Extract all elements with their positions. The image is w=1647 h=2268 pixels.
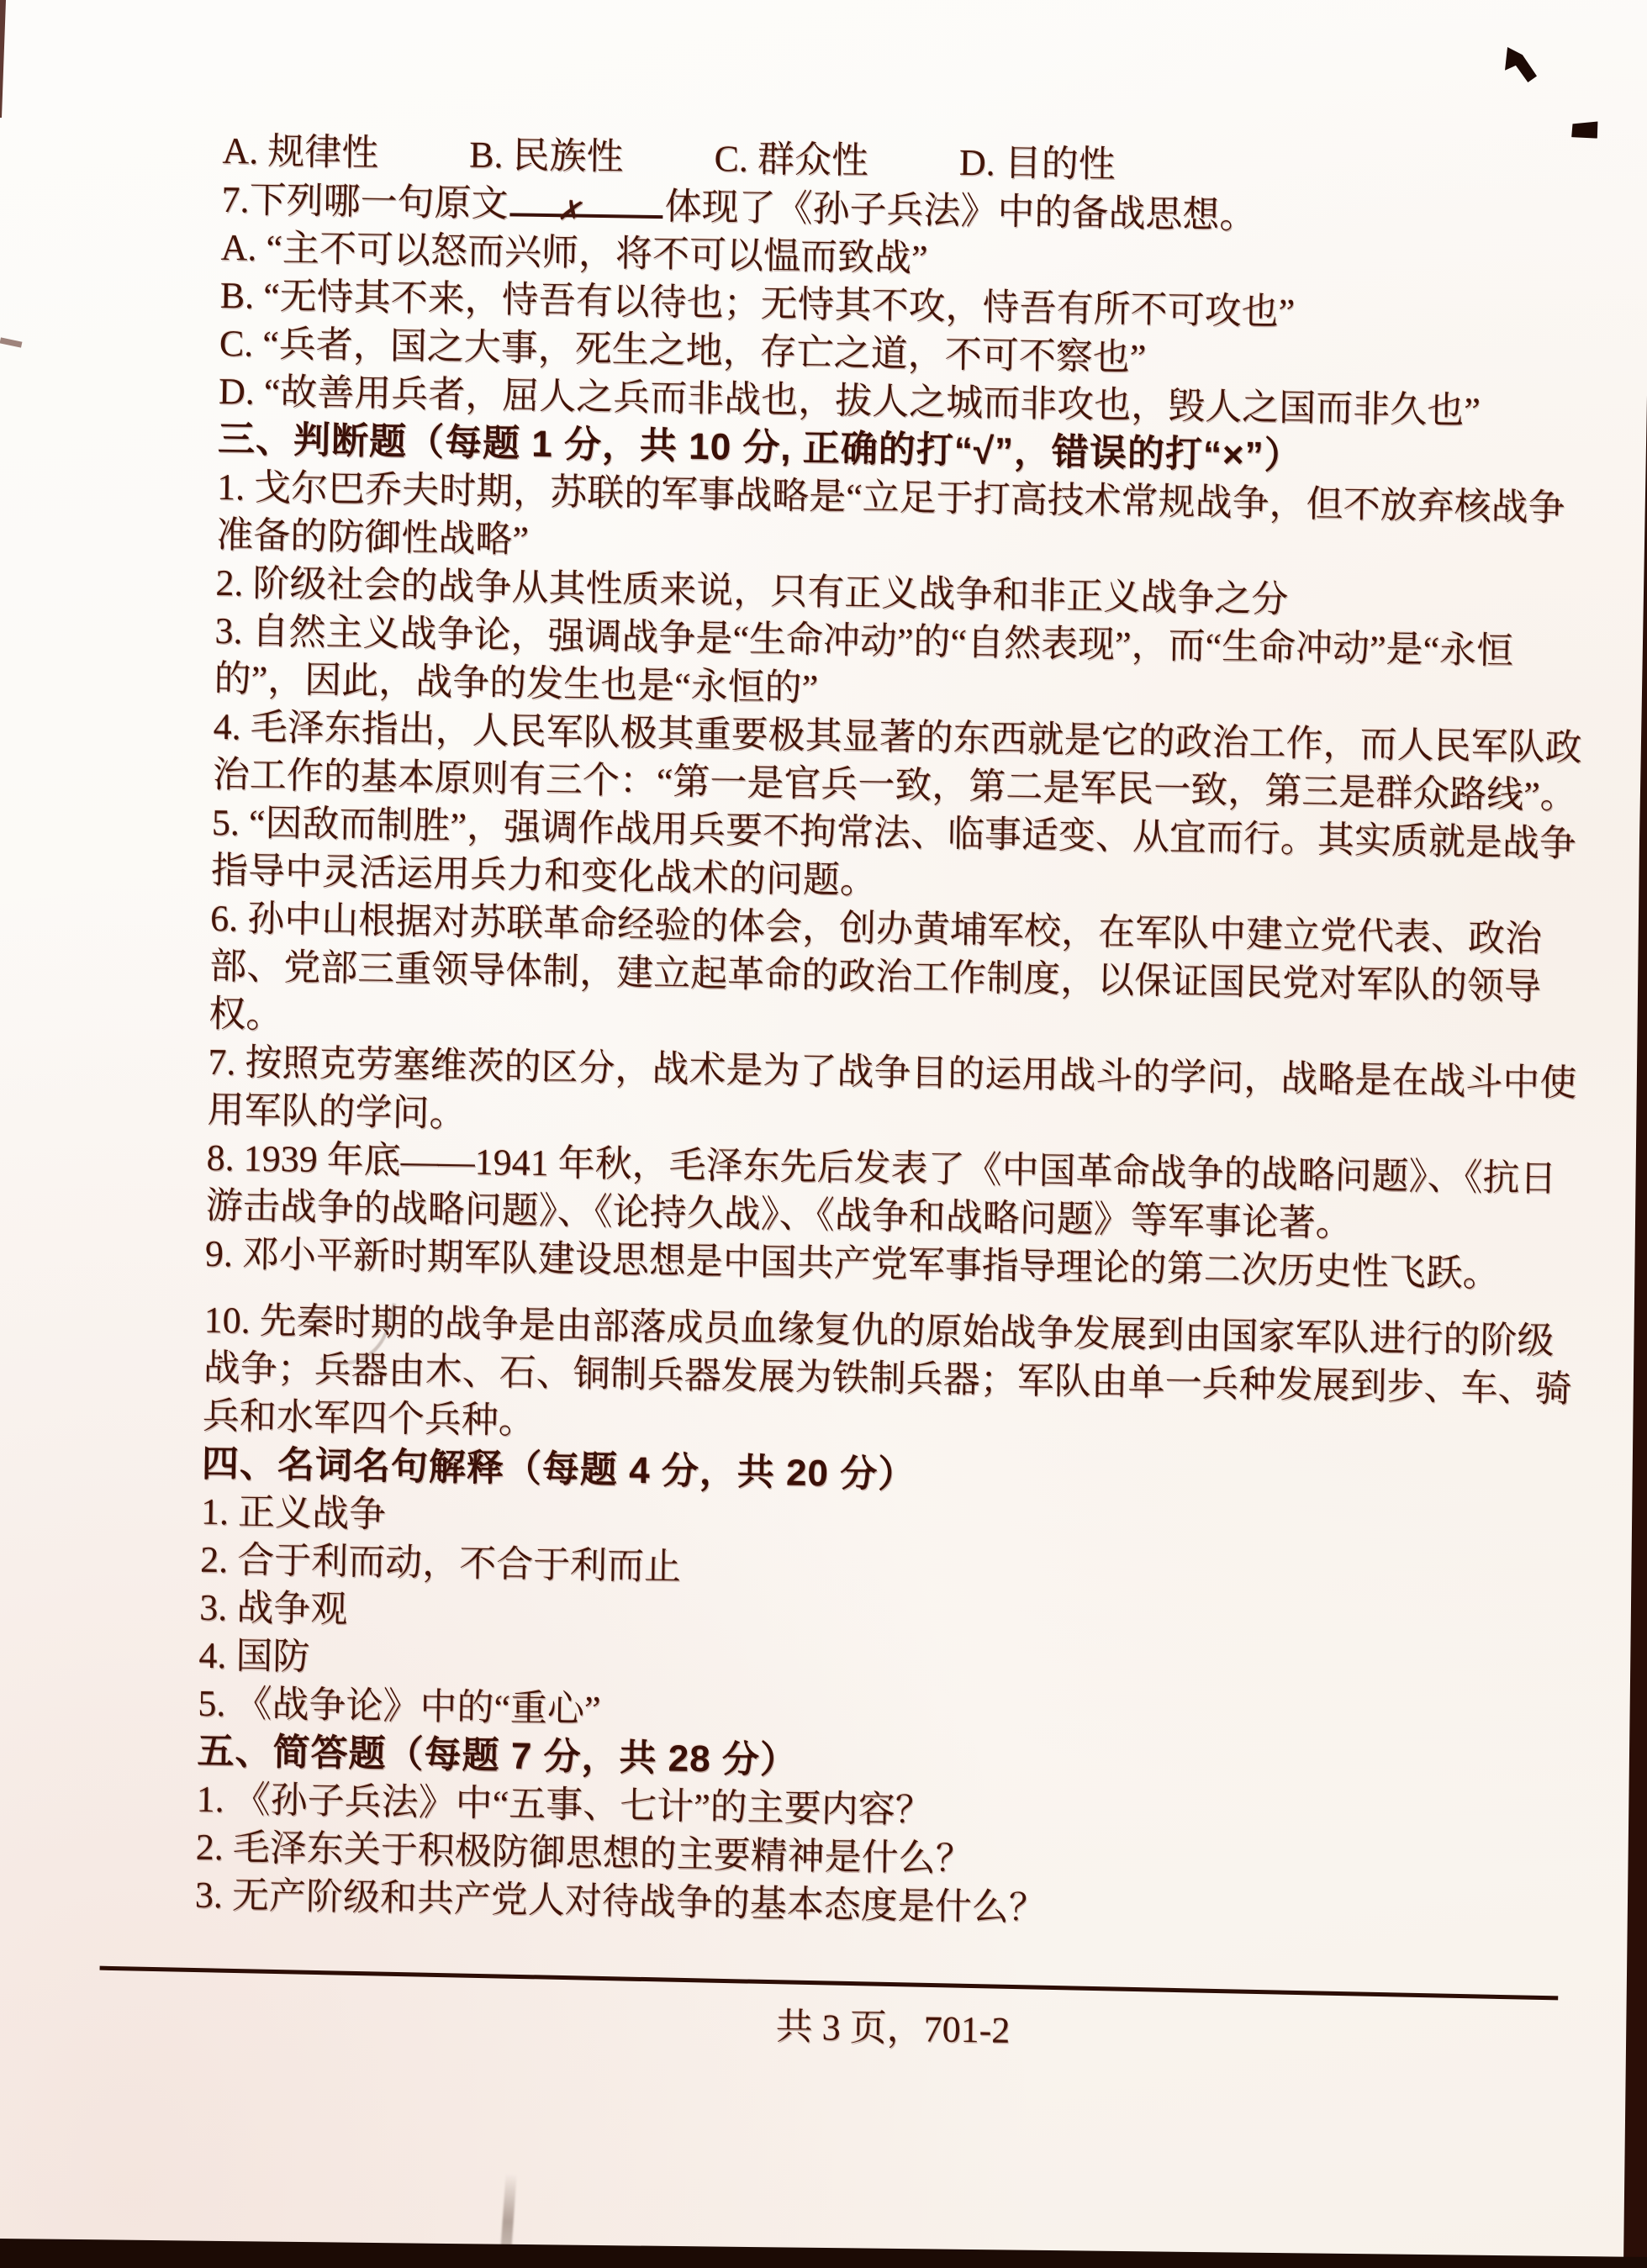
scan-edge-dash (0, 337, 22, 347)
ink-mark (1505, 47, 1537, 82)
scanner-background-right-edge (1622, 0, 1647, 2268)
scan-edge-strip (0, 0, 6, 118)
ink-mark (1569, 118, 1601, 143)
option-d: D. 目的性 (958, 139, 1116, 189)
option-c: C. 群众性 (714, 134, 868, 185)
option-b: B. 民族性 (469, 131, 624, 182)
answer-blank: ✗ (509, 179, 663, 219)
page-footer: 共 3 页，701-2 (193, 1994, 1647, 2065)
scanned-exam-page: A. 规律性 B. 民族性 C. 群众性 D. 目的性 7.下列哪一句原文✗体现… (0, 0, 1647, 2268)
question-7-prefix: 7.下列哪一句原文 (221, 179, 509, 224)
option-a: A. 规律性 (222, 127, 379, 177)
section3-item-6: 6. 孙中山根据对苏联革命经验的体会，创办黄埔军校，在军队中建立党代表、政治部、… (209, 894, 1581, 1060)
question-7-suffix: 体现了《孙子兵法》中的备战思想。 (664, 186, 1257, 236)
scanner-background-bottom-edge (0, 2234, 1647, 2268)
page-content: A. 规律性 B. 民族性 C. 群众性 D. 目的性 7.下列哪一句原文✗体现… (142, 126, 1593, 2063)
section3-item-10: 10. 先秦时期的战争是由部落成员血缘复仇的原始战争发展到由国家军队进行的阶级战… (202, 1296, 1574, 1462)
